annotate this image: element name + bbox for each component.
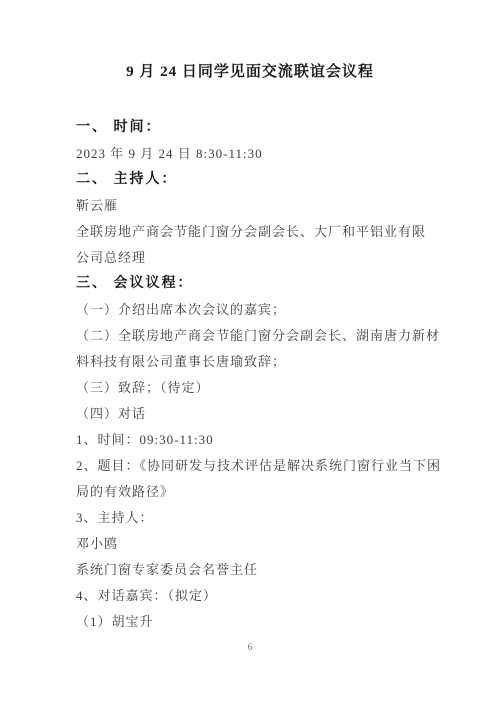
document-line: 系统门窗专家委员会名誉主任	[76, 557, 480, 583]
document-line: 邓小鸥	[76, 531, 480, 557]
page-number: 6	[0, 642, 500, 652]
document-line: 2、题目：《协同研发与技术评估是解决系统门窗行业当下困	[76, 453, 480, 479]
document-line: 4、对话嘉宾：（拟定）	[76, 583, 480, 609]
document-title: 9 月 24 日同学见面交流联谊会议程	[0, 60, 500, 81]
document-line: 局的有效路径》	[76, 479, 480, 505]
section-heading: 一、 时间：	[76, 115, 480, 141]
section-heading: 二、 主持人：	[76, 167, 480, 193]
document-line: 1、时间：09:30-11:30	[76, 427, 480, 453]
document-line: 2023 年 9 月 24 日 8:30-11:30	[76, 141, 480, 167]
document-line: （二）全联房地产商会节能门窗分会副会长、湖南唐力新材	[76, 323, 480, 349]
document-line: 3、主持人：	[76, 505, 480, 531]
document-line: 靳云雁	[76, 193, 480, 219]
document-line: （四）对话	[76, 401, 480, 427]
document-body: 一、 时间：2023 年 9 月 24 日 8:30-11:30二、 主持人：靳…	[76, 115, 480, 635]
document-line: 公司总经理	[76, 245, 480, 271]
section-heading: 三、 会议议程：	[76, 271, 480, 297]
document-line: 全联房地产商会节能门窗分会副会长、大厂和平铝业有限	[76, 219, 480, 245]
document-line: （一）介绍出席本次会议的嘉宾；	[76, 297, 480, 323]
document-line: （1）胡宝升	[76, 609, 480, 635]
document-page: 9 月 24 日同学见面交流联谊会议程 一、 时间：2023 年 9 月 24 …	[0, 0, 500, 707]
document-line: （三）致辞；（待定）	[76, 375, 480, 401]
document-line: 料科技有限公司董事长唐瑜致辞；	[76, 349, 480, 375]
